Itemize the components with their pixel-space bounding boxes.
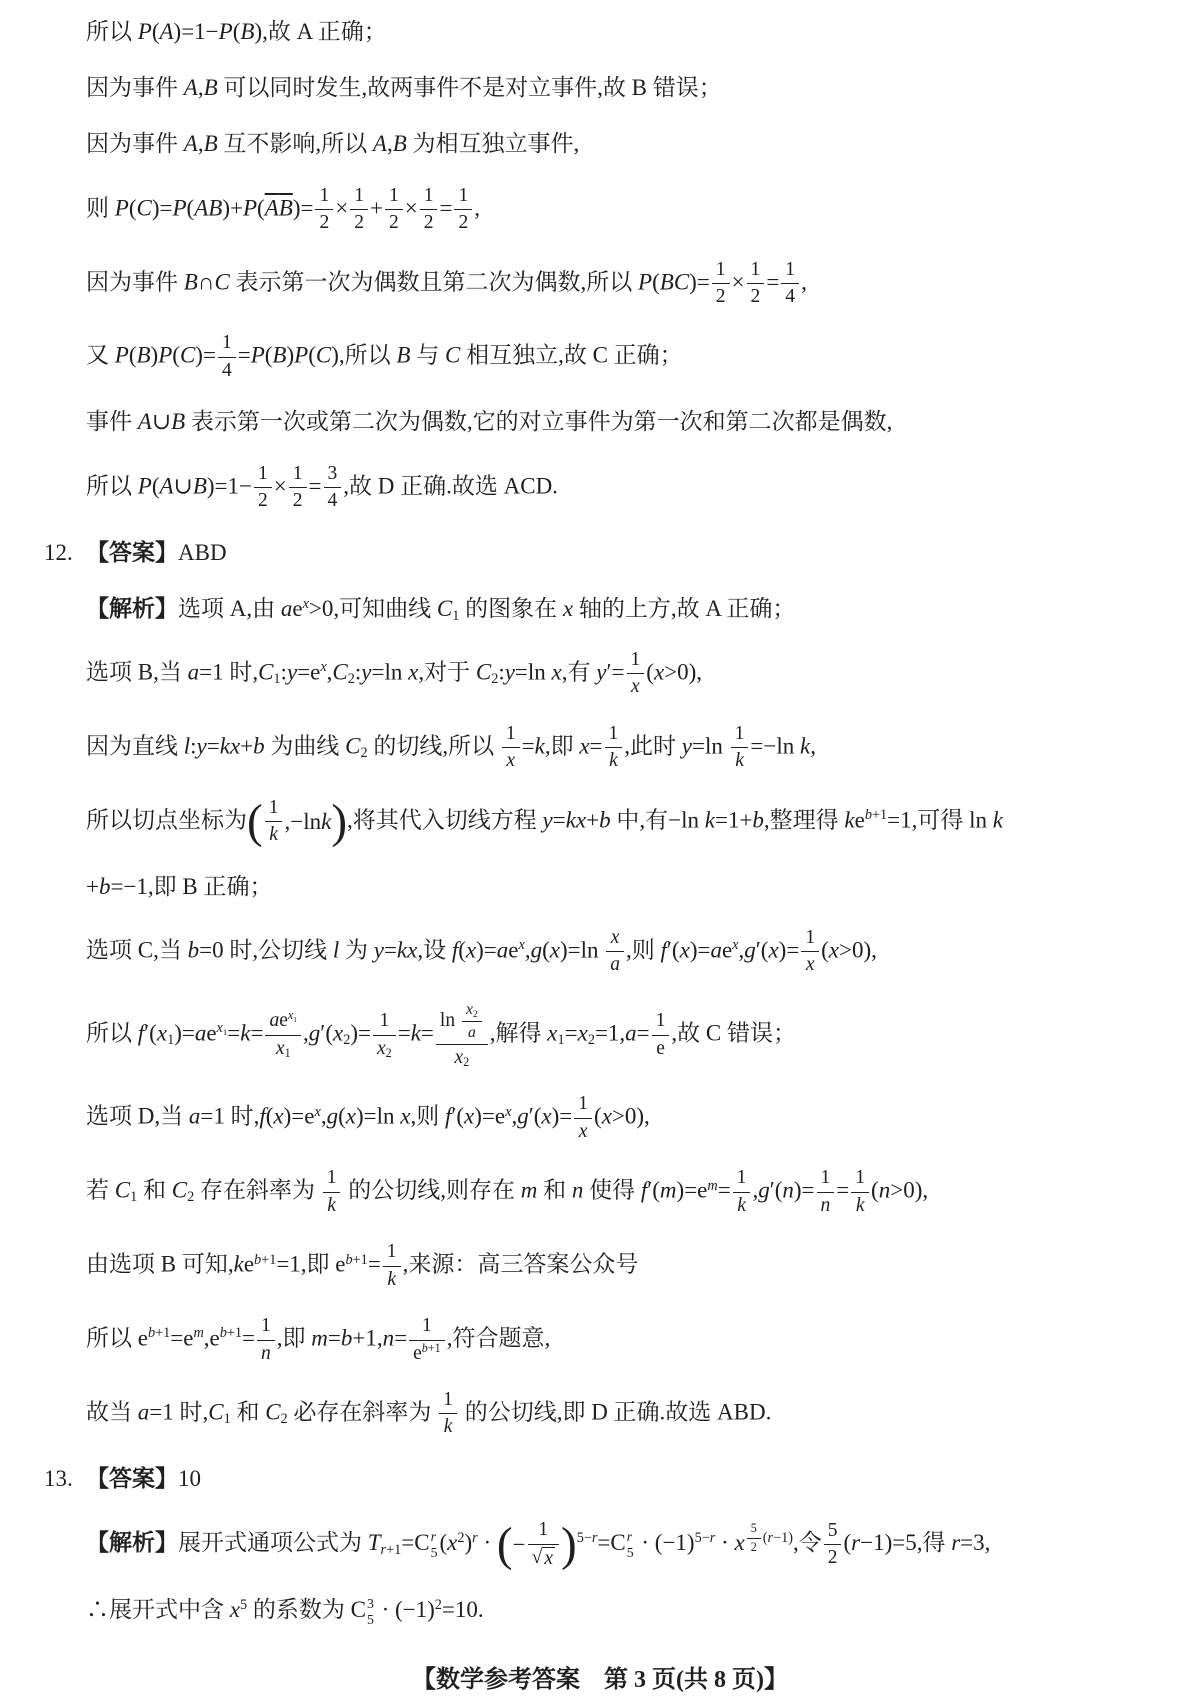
solution-line-5: 因为事件 B∩C 表示第一次为偶数且第二次为偶数,所以 P(BC)=12×12=… xyxy=(86,259,1170,309)
solution-line-15: 选项 C,当 b=0 时,公切线 l 为 y=kx,设 f(x)=aex,g(x… xyxy=(86,927,1170,977)
solution-line-1: 所以 P(A)=1−P(B),故 A 正确； xyxy=(86,16,1170,48)
solution-line-21: 故当 a=1 时,C1 和 C2 必存在斜率为 1k 的公切线,即 D 正确.故… xyxy=(86,1389,1170,1439)
subscript: 1 xyxy=(223,1027,227,1037)
subscript: 1 xyxy=(557,1032,564,1048)
solution-line-24: ∴展开式中含 x5 的系数为 C35 · (−1)2=10. xyxy=(86,1594,1170,1627)
script-stack: 35 xyxy=(367,1596,374,1627)
superscript: x xyxy=(314,1104,320,1120)
fraction: 12 xyxy=(712,259,730,309)
fraction: 1x xyxy=(574,1093,592,1143)
script-stack: r5 xyxy=(627,1529,634,1560)
subscript: 2 xyxy=(348,671,355,687)
subscript: 2 xyxy=(386,1046,392,1060)
superscript: x xyxy=(732,937,738,953)
superscript: b+1 xyxy=(865,807,887,823)
superscript: x xyxy=(518,937,524,953)
fraction: aex1x1 xyxy=(265,1010,301,1060)
fraction: 14 xyxy=(781,259,799,309)
fraction: 1k xyxy=(265,797,283,847)
fraction: 1x xyxy=(502,723,520,773)
superscript: m xyxy=(707,1178,717,1194)
question-number: 12. xyxy=(44,537,86,569)
subscript: 1 xyxy=(224,1411,231,1427)
superscript: 5−r xyxy=(577,1530,598,1546)
fraction: 12 xyxy=(420,185,438,235)
solution-line-23: 【解析】展开式通项公式为 Tr+1=Cr5(x2)r · (−1√x)5−r=C… xyxy=(86,1519,1170,1570)
solution-line-3: 因为事件 A,B 互不影响,所以 A,B 为相互独立事件, xyxy=(86,128,1170,160)
section-label: 【答案】 xyxy=(86,1466,178,1491)
subscript: 2 xyxy=(491,671,498,687)
superscript: x xyxy=(303,596,309,612)
fraction: 1n xyxy=(817,1167,835,1217)
question-number: 13. xyxy=(44,1463,86,1495)
subscript: 2 xyxy=(343,1032,350,1048)
subscript: 2 xyxy=(187,1189,194,1205)
superscript: 5 xyxy=(240,1597,247,1613)
solution-line-19: 由选项 B 可知,keb+1=1,即 eb+1=1k,来源：高三答案公众号 xyxy=(86,1241,1170,1291)
fraction: 12 xyxy=(350,185,368,235)
subscript: 1 xyxy=(293,1015,297,1024)
superscript: r xyxy=(472,1530,478,1546)
fraction: ln x2ax2 xyxy=(436,1001,488,1069)
solution-line-14: +b=−1,即 B 正确； xyxy=(86,871,1170,903)
solution-line-2: 因为事件 A,B 可以同时发生,故两事件不是对立事件,故 B 错误； xyxy=(86,72,1170,104)
fraction: 12 xyxy=(289,463,307,513)
subscript: 1 xyxy=(285,1046,291,1060)
subscript: 2 xyxy=(473,1009,478,1020)
superscript: b+1 xyxy=(254,1252,276,1268)
fraction: 52 xyxy=(747,1522,761,1555)
answer-sheet-page: { "colors": { "paper": "#ffffff", "text"… xyxy=(0,0,1200,1706)
solution-line-6: 又 P(B)P(C)=14=P(B)P(C),所以 B 与 C 相互独立,故 C… xyxy=(86,332,1170,382)
solution-line-12: 因为直线 l:y=kx+b 为曲线 C2 的切线,所以 1x=k,即 x=1k,… xyxy=(86,723,1170,773)
section-label: 【解析】 xyxy=(86,1530,178,1555)
solution-line-10: 【解析】选项 A,由 aex>0,可知曲线 C1 的图象在 x 轴的上方,故 A… xyxy=(86,593,1170,625)
fraction: 1k xyxy=(439,1389,457,1439)
fraction: 1√x xyxy=(528,1519,559,1570)
solution-line-13: 所以切点坐标为(1k,−ln k),将其代入切线方程 y=kx+b 中,有−ln… xyxy=(86,797,1170,847)
superscript: b+1 xyxy=(220,1325,242,1341)
fraction: 1k xyxy=(323,1167,341,1217)
subscript: 1 xyxy=(130,1189,137,1205)
page-footer: 【数学参考答案 第 3 页(共 8 页)】 xyxy=(0,1659,1200,1694)
fraction: 1k xyxy=(851,1167,869,1217)
subscript: 1 xyxy=(452,608,459,624)
subscript: 1 xyxy=(167,1032,174,1048)
superscript: x xyxy=(320,659,326,675)
fraction: 14 xyxy=(218,332,236,382)
solution-line-18: 若 C1 和 C2 存在斜率为 1k 的公切线,则存在 m 和 n 使得 f′(… xyxy=(86,1167,1170,1217)
subscript: 2 xyxy=(463,1055,469,1069)
section-label: 【解析】 xyxy=(86,596,178,621)
overline: B xyxy=(279,195,293,220)
fraction: 1k xyxy=(731,723,749,773)
sqrt: √x xyxy=(532,1547,555,1570)
fraction: 12 xyxy=(315,185,333,235)
fraction: xa xyxy=(606,927,624,977)
fraction: 1k xyxy=(733,1167,751,1217)
overline: A xyxy=(265,195,279,220)
fraction: 1x2 xyxy=(373,1010,396,1060)
fraction: 12 xyxy=(385,185,403,235)
subscript: 2 xyxy=(588,1032,595,1048)
answer-line-12: 12.【答案】ABD xyxy=(86,537,1170,569)
fraction: 1x xyxy=(627,649,645,699)
fraction: 1e xyxy=(652,1010,670,1060)
subscript: 1 xyxy=(273,671,280,687)
superscript: x xyxy=(505,1104,511,1120)
paren-group: (−1√x) xyxy=(497,1519,577,1570)
solution-line-17: 选项 D,当 a=1 时,f(x)=ex,g(x)=ln x,则 f′(x)=e… xyxy=(86,1093,1170,1143)
fraction: 12 xyxy=(454,185,472,235)
solution-line-7: 事件 A∪B 表示第一次或第二次为偶数,它的对立事件为第一次和第二次都是偶数, xyxy=(86,406,1170,438)
solution-line-20: 所以 eb+1=em,eb+1=1n,即 m=b+1,n=1eb+1,符合题意, xyxy=(86,1315,1170,1365)
superscript: x1 xyxy=(288,1008,297,1022)
subscript: 2 xyxy=(360,745,367,761)
solution-line-11: 选项 B,当 a=1 时,C1:y=ex,C2:y=ln x,对于 C2:y=l… xyxy=(86,649,1170,699)
fraction: 12 xyxy=(747,259,765,309)
superscript: b+1 xyxy=(346,1252,368,1268)
superscript: 52(r−1) xyxy=(745,1530,793,1546)
fraction: 1k xyxy=(383,1241,401,1291)
solution-line-4: 则 P(C)=P(AB)+P(AB)=12×12+12×12=12, xyxy=(86,185,1170,235)
fraction: x2a xyxy=(462,1001,482,1042)
superscript: b+1 xyxy=(148,1325,170,1341)
section-label: 【答案】 xyxy=(86,540,178,565)
superscript: 2 xyxy=(457,1530,464,1546)
superscript: m xyxy=(193,1325,203,1341)
solution-line-8: 所以 P(A∪B)=1−12×12=34,故 D 正确.故选 ACD. xyxy=(86,463,1170,513)
fraction: 52 xyxy=(824,1520,842,1570)
superscript: 2 xyxy=(435,1597,442,1613)
subscript: r+1 xyxy=(381,1542,402,1558)
superscript: x1 xyxy=(217,1020,228,1036)
answer-line-13: 13.【答案】10 xyxy=(86,1463,1170,1495)
fraction: 34 xyxy=(324,463,342,513)
fraction: 1x xyxy=(801,927,819,977)
solution-content: 所以 P(A)=1−P(B),故 A 正确；因为事件 A,B 可以同时发生,故两… xyxy=(0,0,1200,1627)
solution-line-16: 所以 f′(x1)=aex1=k=aex1x1,g′(x2)=1x2=k=ln … xyxy=(86,1001,1170,1069)
fraction: 1n xyxy=(257,1315,275,1365)
fraction: 1eb+1 xyxy=(409,1315,445,1365)
subscript: 2 xyxy=(281,1411,288,1427)
superscript: 5−r xyxy=(695,1530,716,1546)
superscript: b+1 xyxy=(422,1341,441,1355)
fraction: 12 xyxy=(254,463,272,513)
fraction: 1k xyxy=(605,723,623,773)
paren-group: (1k,−ln k) xyxy=(247,797,347,847)
script-stack: r5 xyxy=(431,1529,438,1560)
